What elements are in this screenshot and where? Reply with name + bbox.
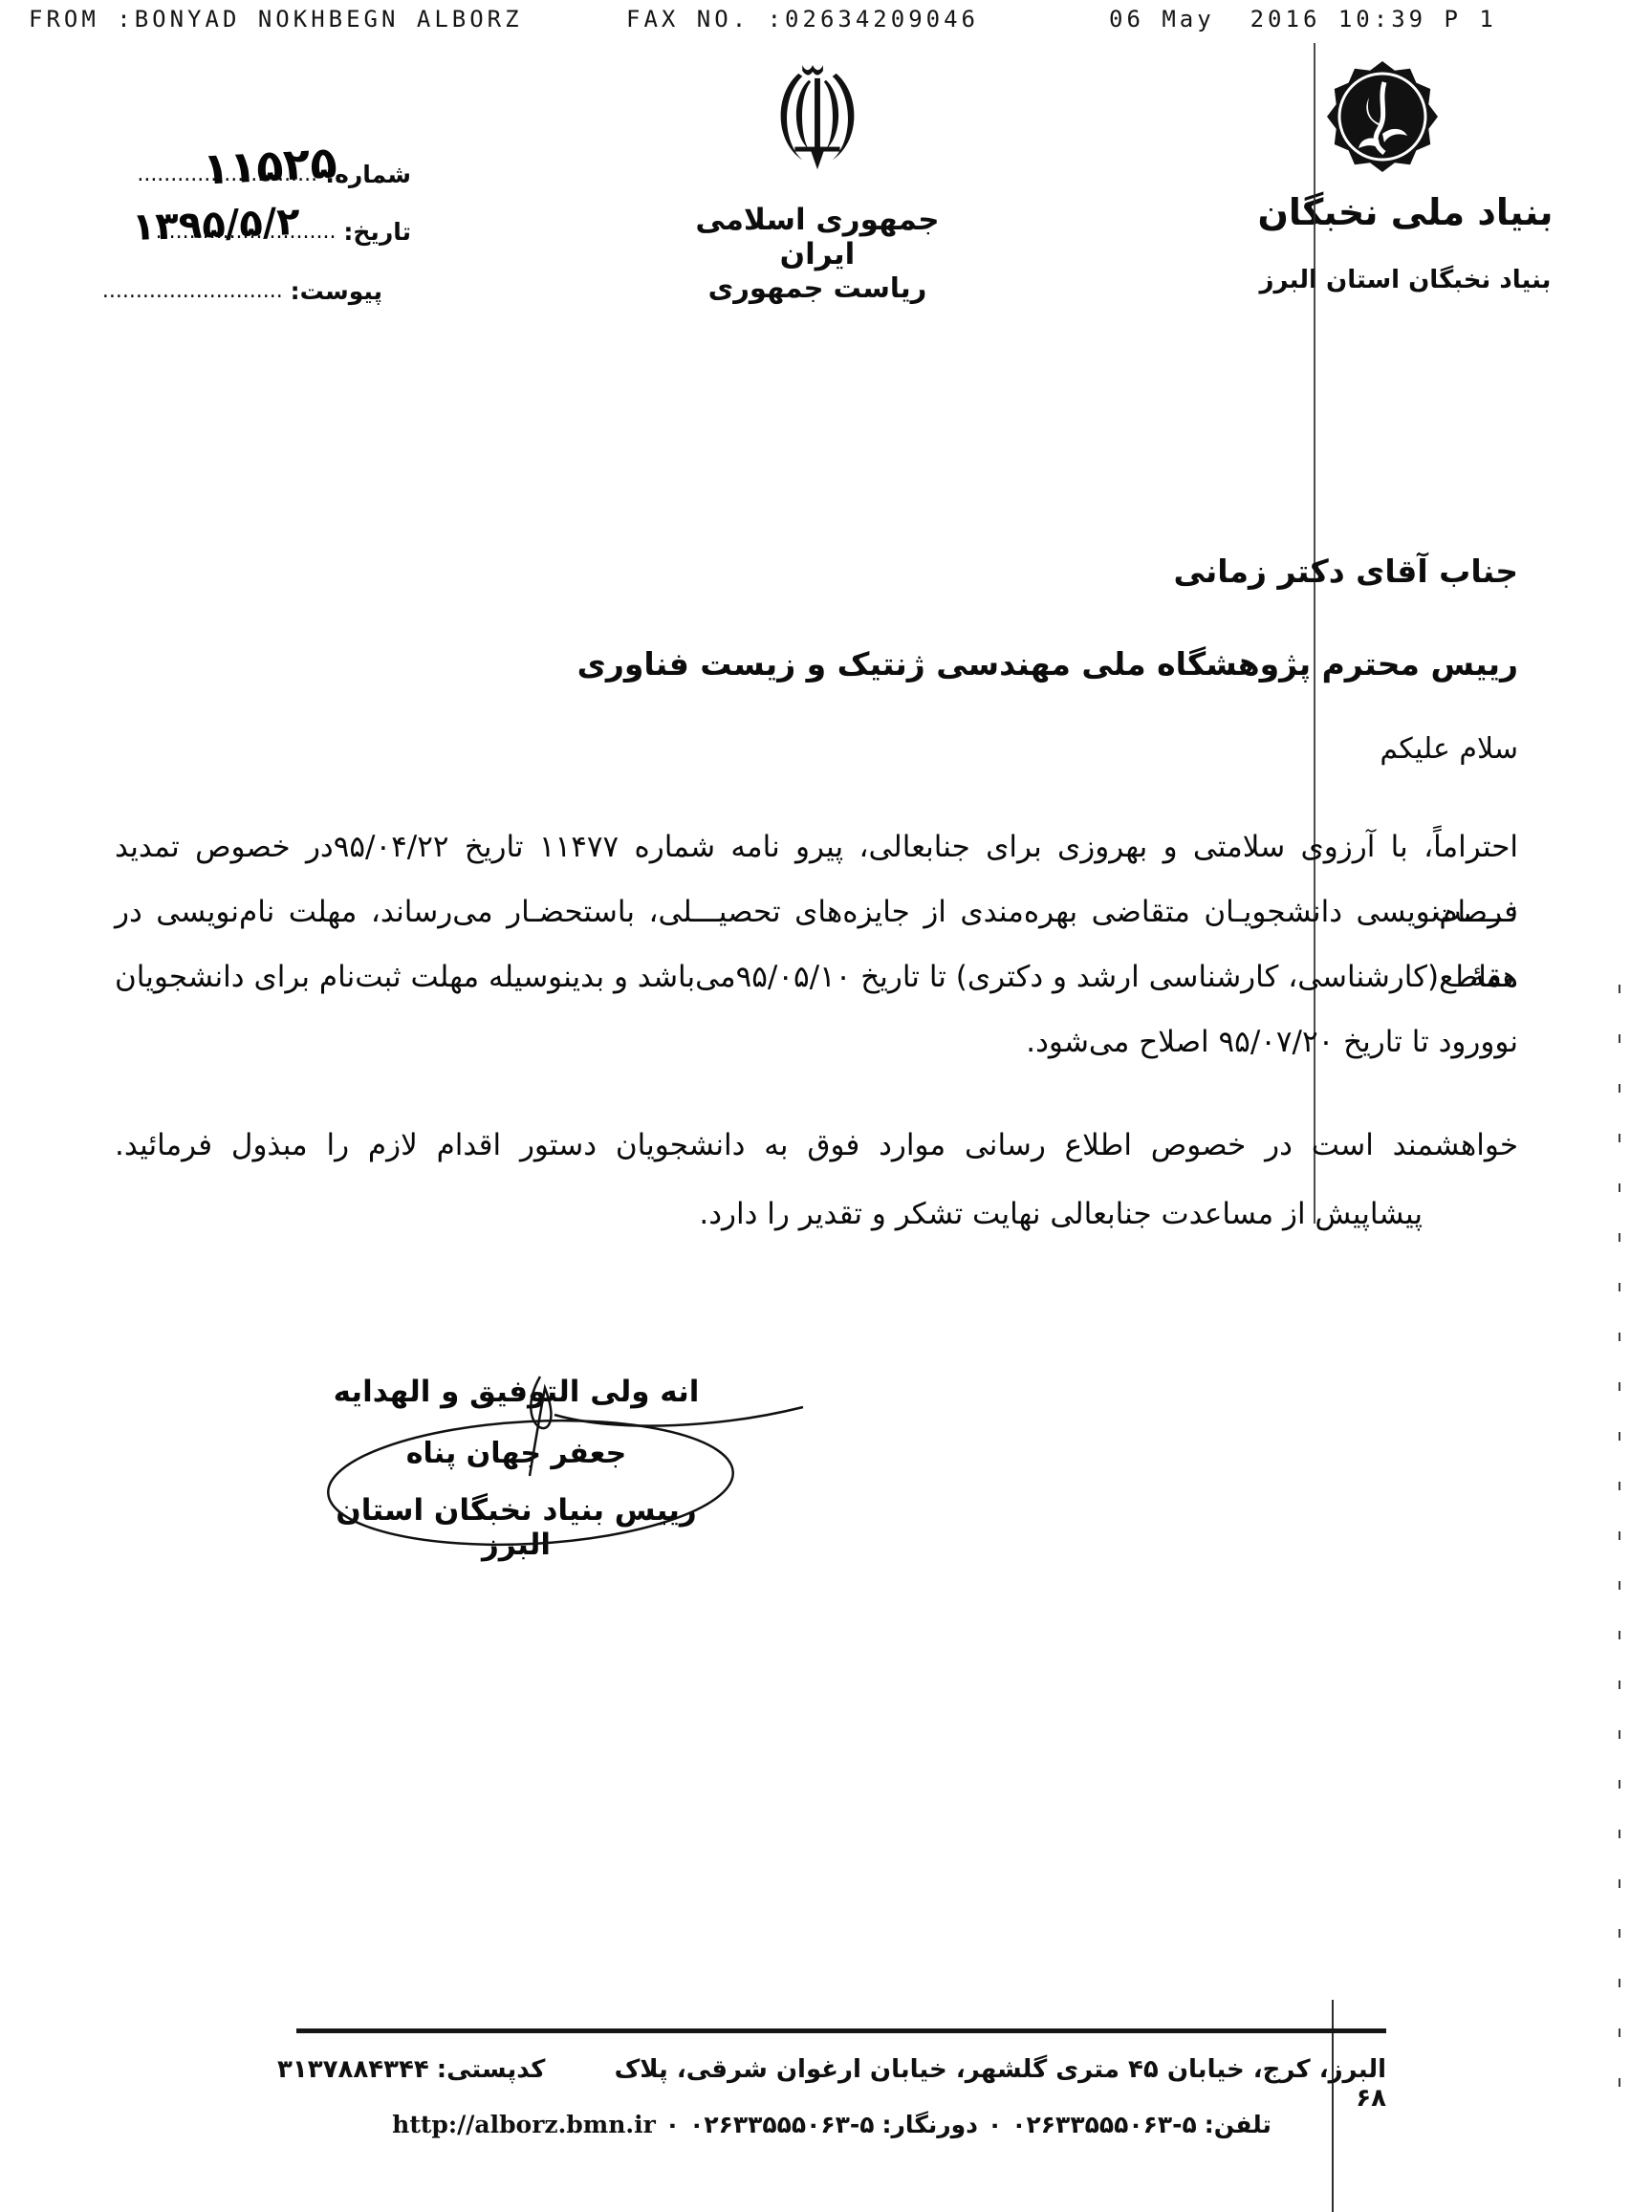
body-line: مقاطع(کارشناسی، کارشناسی ارشد و دکتری) ت… [115, 944, 1518, 1009]
letterhead-office: ریاست جمهوری [669, 271, 966, 304]
scan-dashed-line-artifact [1619, 985, 1620, 2113]
letterhead-country: جمهوری اسلامی ایران [669, 203, 966, 271]
ref-attachment-row: پیوست: ........................... [102, 277, 382, 305]
footer-divider [296, 2028, 1386, 2033]
foundation-seal-icon [1325, 59, 1440, 174]
body-line: نوورود تا تاریخ ۹۵/۰۷/۲۰ اصلاح می‌شود. [115, 1009, 1518, 1074]
foundation-branch: بنیاد نخبگان استان البرز [1252, 266, 1558, 294]
body-line: پیشاپیش از مساعدت جنابعالی نهایت تشکر و … [115, 1180, 1518, 1248]
salutation: سلام علیکم [1380, 732, 1518, 766]
footer-separator: ۰ [978, 2111, 1011, 2138]
footer-postal-label: کدپستی: [437, 2055, 546, 2084]
handwritten-ref-number: ۱۱۵۲۵ [202, 136, 338, 194]
footer-contact-line: تلفن: ۰۲۶۳۳۵۵۵۰۶۳-۵ ۰ دورنگار: ۰۲۶۳۳۵۵۵۰… [277, 2111, 1386, 2138]
body-line: نـــــام‌نویسی دانشجویـان متقاضی بهره‌من… [115, 879, 1518, 944]
fax-header-datetime: 06 May 2016 10:39 P 1 [1109, 6, 1497, 33]
ref-date-label: تاریخ: [343, 218, 411, 246]
ref-attachment-label: پیوست: [291, 277, 382, 305]
footer-fax-value: ۰۲۶۳۳۵۵۵۰۶۳-۵ [689, 2111, 874, 2138]
footer-postal-code: ۳۱۳۷۸۸۴۳۴۴ [277, 2055, 429, 2084]
iran-emblem-icon [761, 54, 874, 195]
ref-attachment-leader: ........................... [102, 279, 283, 303]
footer-phone-value: ۰۲۶۳۳۵۵۵۰۶۳-۵ [1011, 2111, 1196, 2138]
fax-document-page: FROM :BONYAD NOKHBEGN ALBORZ FAX NO. :02… [0, 0, 1652, 2212]
handwritten-ref-date: ۱۳۹۵/۵/۲ [131, 200, 300, 249]
handwritten-signature-icon [268, 1357, 880, 1587]
body-paragraph-2: خواهشمند است در خصوص اطلاع رسانی موارد ف… [115, 1111, 1518, 1248]
footer-website-url: http://alborz.bmn.ir [392, 2111, 656, 2138]
footer-fax-label: دورنگار: [882, 2111, 978, 2138]
fax-header-number: FAX NO. :02634209046 [626, 6, 979, 33]
recipient-name: جناب آقای دکتر زمانی [1173, 553, 1518, 590]
footer-address: البرز، کرج، خیابان ۴۵ متری گلشهر، خیابان… [603, 2055, 1386, 2113]
body-line: خواهشمند است در خصوص اطلاع رسانی موارد ف… [115, 1111, 1518, 1180]
footer-separator: ۰ [656, 2111, 689, 2138]
body-paragraph-1: احتراماً، با آرزوی سلامتی و بهروزی برای … [115, 814, 1518, 1074]
body-line: احتراماً، با آرزوی سلامتی و بهروزی برای … [115, 814, 1518, 879]
footer-phone-label: تلفن: [1205, 2111, 1272, 2138]
footer-address-line: البرز، کرج، خیابان ۴۵ متری گلشهر، خیابان… [277, 2055, 1386, 2113]
recipient-title: رییس محترم پژوهشگاه ملی مهندسی ژنتیک و ز… [577, 645, 1518, 683]
foundation-name: بنیاد ملی نخبگان [1252, 191, 1558, 233]
ref-number-label: شماره: [325, 161, 411, 188]
fax-header-from: FROM :BONYAD NOKHBEGN ALBORZ [29, 6, 523, 33]
